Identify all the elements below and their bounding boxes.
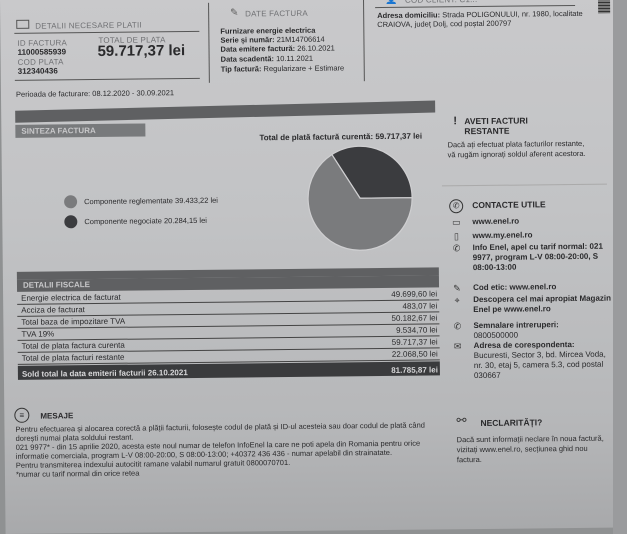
invoice-type-value: Regularizare + Estimare bbox=[263, 63, 344, 73]
phone-circle-icon: ✆ bbox=[449, 199, 463, 213]
chat-icon: ≡ bbox=[14, 408, 29, 423]
client-address: Adresa domiciliu: Strada POLIGONULUI, nr… bbox=[377, 9, 587, 29]
messages-body: Pentru efectuarea și alocarea corectă a … bbox=[15, 420, 441, 478]
overdue-title: AVETI FACTURIRESTANTE bbox=[464, 115, 528, 136]
fiscal-row-label: Acciza de facturat bbox=[21, 305, 85, 315]
overdue-title-line2: RESTANTE bbox=[464, 125, 528, 136]
envelope-icon: ✉ bbox=[452, 341, 464, 351]
client-code-value: C1... bbox=[459, 0, 477, 4]
fiscal-row-value: 59.717,37 lei bbox=[392, 337, 438, 346]
fiscal-total-value: 81.785,87 lei bbox=[391, 365, 438, 374]
fiscal-row-value: 49.699,60 lei bbox=[391, 289, 437, 298]
total-amount: 59.717,37 lei bbox=[97, 42, 185, 60]
mobile-icon: ▯ bbox=[450, 231, 462, 241]
fiscal-row-label: TVA 19% bbox=[21, 329, 54, 338]
invoice-id: 11000585939 bbox=[18, 47, 67, 57]
legend-dot-regulated bbox=[64, 195, 77, 208]
fiscal-row-label: Energie electrica de facturat bbox=[21, 293, 121, 303]
issue-date-value: 26.10.2021 bbox=[297, 43, 335, 52]
unclear-text: Dacă sunt informații neclare în noua fac… bbox=[457, 434, 607, 466]
phone-icon: ✆ bbox=[451, 243, 463, 253]
due-date-label: Data scadentă: bbox=[221, 54, 274, 64]
due-date-value: 10.11.2021 bbox=[276, 54, 313, 63]
overdue-text: Dacă ați efectuat plata facturilor resta… bbox=[447, 139, 592, 160]
contact-item: ✆Semnalare intreruperi:0800500000 bbox=[451, 320, 611, 342]
summary-total-caption: Total de plată factură curentă: 59.717,3… bbox=[259, 132, 422, 143]
issue-date: Data emitere factură: 26.10.2021 bbox=[220, 43, 334, 53]
invoice-data-title: DATE FACTURA bbox=[245, 9, 308, 19]
contact-text: www.enel.ro bbox=[472, 216, 610, 227]
fiscal-row-label: Total de plata factura curenta bbox=[22, 341, 125, 351]
contact-item: ✆Info Enel, apel cu tarif normal: 021 99… bbox=[451, 242, 611, 274]
fiscal-row-value: 22.068,50 lei bbox=[392, 349, 438, 358]
fiscal-row-value: 483,07 lei bbox=[402, 301, 437, 310]
page-edge bbox=[613, 0, 627, 534]
exclamation-icon: ! bbox=[453, 115, 457, 127]
contact-item: ✉Adresa de corespondenta:Bucuresti, Sect… bbox=[452, 340, 612, 382]
payment-details-title: DETALII NECESARE PLATII bbox=[35, 21, 142, 31]
phone-icon: ✆ bbox=[451, 321, 463, 331]
contacts-title: CONTACTE UTILE bbox=[472, 199, 546, 210]
location-pin-icon: ⌖ bbox=[451, 295, 463, 305]
envelope-icon bbox=[16, 20, 29, 29]
contact-item: ✎Cod etic: www.enel.ro bbox=[451, 282, 611, 294]
legend-regulated: Componente reglementate 39.433,22 lei bbox=[84, 196, 218, 206]
fiscal-row-value: 9.534,70 lei bbox=[396, 325, 437, 334]
barcode-icon bbox=[598, 0, 610, 14]
invoice-type: Tip factură: Regularizare + Estimare bbox=[221, 63, 346, 73]
pie-chart bbox=[306, 144, 415, 253]
legend-negotiated: Componente negociate 20.284,15 lei bbox=[84, 216, 207, 226]
contact-text: Info Enel, apel cu tarif normal: 021 997… bbox=[473, 242, 611, 273]
laptop-icon: ▭ bbox=[450, 217, 462, 227]
contact-subtext: Bucuresti, Sector 3, bd. Mircea Voda, nr… bbox=[474, 350, 612, 381]
overdue-title-line1: AVETI FACTURI bbox=[464, 115, 528, 126]
contact-text: www.my.enel.ro bbox=[472, 230, 610, 241]
invoice-page: DETALII NECESARE PLATII ID FACTURA 11000… bbox=[0, 0, 621, 534]
client-code-label: COD CLIENT: bbox=[405, 0, 457, 5]
pencil-icon: ✎ bbox=[230, 8, 239, 19]
fiscal-total-row: Sold total la data emiterii facturii 26.… bbox=[18, 361, 440, 379]
pen-icon: ✎ bbox=[451, 283, 463, 293]
messages-title: MESAJE bbox=[40, 411, 73, 420]
user-icon: 👤 bbox=[385, 0, 398, 5]
unclear-title: NECLARITĂȚI? bbox=[480, 417, 542, 428]
fiscal-row-value: 50.182,67 lei bbox=[391, 313, 437, 322]
contact-text: Descopera cel mai apropiat Magazin Enel … bbox=[473, 294, 611, 315]
legend-dot-negotiated bbox=[64, 215, 77, 228]
share-icon: ⚯ bbox=[456, 413, 466, 427]
client-code: COD CLIENT: C1... bbox=[405, 0, 477, 5]
due-date: Data scadentă: 10.11.2021 bbox=[221, 54, 314, 64]
billing-period: Perioada de facturare: 08.12.2020 - 30.0… bbox=[16, 88, 174, 99]
contact-item: ▯www.my.enel.ro bbox=[450, 230, 610, 242]
contact-item: ▭www.enel.ro bbox=[450, 216, 610, 228]
issue-date-label: Data emitere factură: bbox=[220, 44, 295, 54]
payment-code-label: COD PLATA bbox=[18, 57, 64, 66]
invoice-type-label: Tip factură: bbox=[221, 64, 262, 73]
contact-text: Cod etic: www.enel.ro bbox=[473, 282, 611, 293]
payment-code: 312340436 bbox=[18, 66, 58, 75]
fiscal-total-label: Sold total la data emiterii facturii 26.… bbox=[22, 368, 188, 379]
summary-title: SINTEZA FACTURA bbox=[15, 123, 145, 137]
contact-item: ⌖Descopera cel mai apropiat Magazin Enel… bbox=[451, 294, 611, 316]
fiscal-row-label: Total baza de impozitare TVA bbox=[21, 317, 125, 327]
fiscal-row-label: Total de plata facturi restante bbox=[22, 353, 125, 363]
